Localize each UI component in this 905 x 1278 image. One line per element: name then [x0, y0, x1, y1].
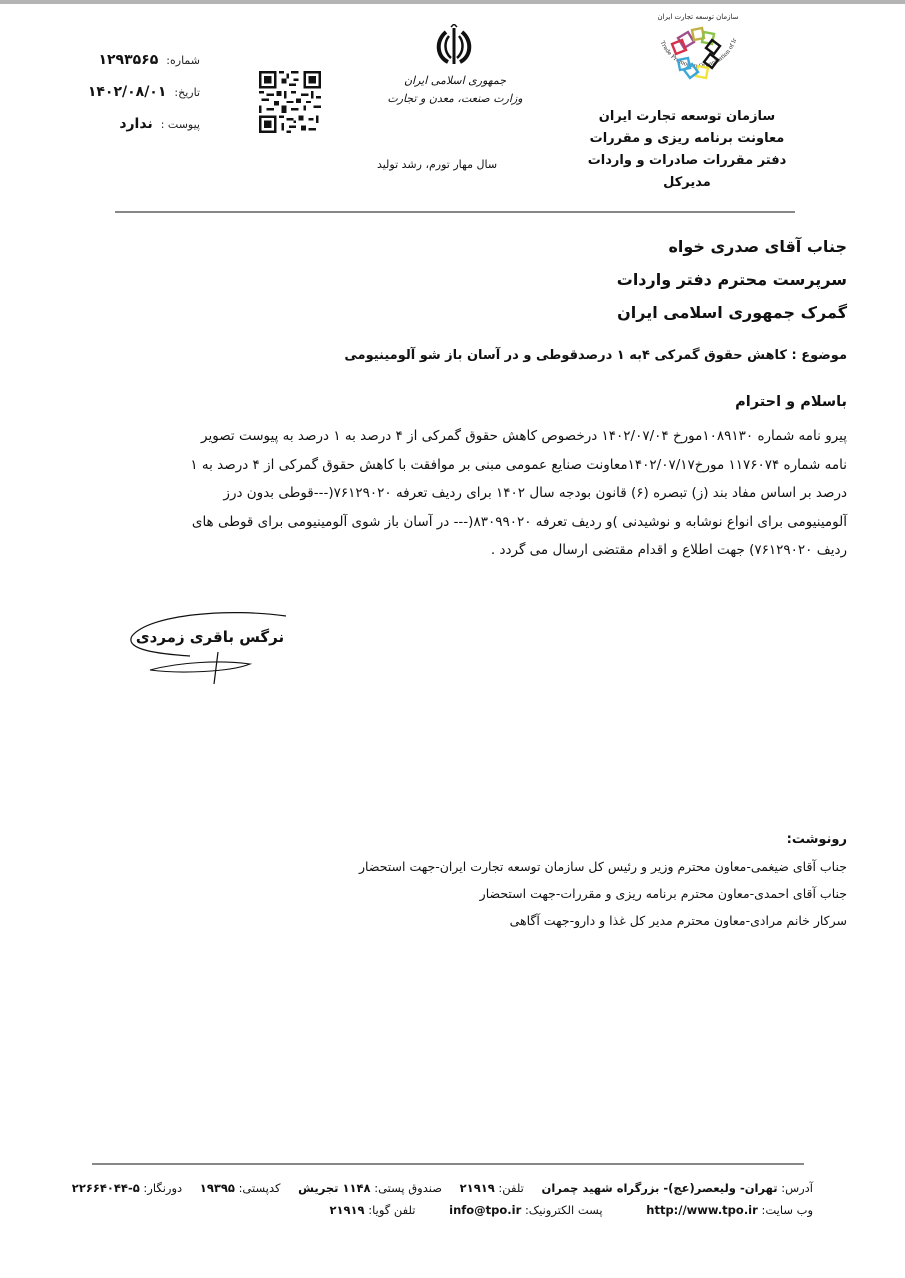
- letter-date-label: تاریخ:: [174, 86, 200, 99]
- fax-label: دورنگار:: [143, 1181, 182, 1195]
- emblem-line-2: وزارت صنعت، معدن و تجارت: [380, 90, 530, 108]
- footer: آدرس: تهران- ولیعصر(عج)- بزرگراه شهید چم…: [73, 1177, 813, 1221]
- letter-date-row: تاریخ: ۱۴۰۲/۰۸/۰۱: [70, 84, 200, 116]
- letter-number-label: شماره:: [166, 54, 200, 67]
- phone-value: ۲۱۹۱۹: [460, 1181, 495, 1195]
- greeting: باسلام و احترام: [547, 394, 847, 410]
- org-line-4: مدیرکل: [587, 172, 787, 194]
- email-link[interactable]: info@tpo.ir: [449, 1203, 521, 1217]
- letter-meta: شماره: ۱۲۹۳۵۶۵ تاریخ: ۱۴۰۲/۰۸/۰۱ پیوست :…: [70, 52, 200, 148]
- email-label: پست الکترونیک:: [525, 1203, 603, 1217]
- footer-divider: [92, 1163, 804, 1165]
- body-line-4: آلومینیومی برای انواع نوشابه و نوشیدنی )…: [55, 508, 847, 537]
- cc-line-2: جناب آقای احمدی-معاون محترم برنامه ریزی …: [287, 880, 847, 907]
- recipient-line-1: جناب آقای صدری خواه: [427, 230, 847, 263]
- attachment-row: پیوست : ندارد: [70, 116, 200, 148]
- subject-line: موضوع : کاهش حقوق گمرکی ۴به ۱ درصدقوطی و…: [247, 348, 847, 363]
- top-edge-bar: [0, 0, 905, 4]
- phone-label: تلفن:: [498, 1181, 523, 1195]
- cc-line-3: سرکار خانم مرادی-معاون محترم مدیر کل غذا…: [287, 907, 847, 934]
- organization-header: سازمان توسعه تجارت ایران معاونت برنامه ر…: [587, 106, 787, 194]
- letter-number-value: ۱۲۹۳۵۶۵: [98, 52, 158, 68]
- emblem-caption: جمهوری اسلامی ایران وزارت صنعت، معدن و ت…: [380, 72, 530, 108]
- postal-label: کدپستی:: [239, 1181, 281, 1195]
- signature-scribble-icon: [110, 606, 310, 686]
- recipient-line-3: گمرک جمهوری اسلامی ایران: [427, 296, 847, 329]
- org-line-3: دفتر مقررات صادرات و واردات: [587, 150, 787, 172]
- address-label: آدرس:: [781, 1181, 813, 1195]
- letter-number-row: شماره: ۱۲۹۳۵۶۵: [70, 52, 200, 84]
- pobox-value: ۱۱۴۸ تجریش: [298, 1181, 370, 1195]
- body-line-1: پیرو نامه شماره ۱۰۸۹۱۳۰مورخ ۱۴۰۲/۰۷/۰۴ د…: [55, 422, 847, 451]
- website-link[interactable]: http://www.tpo.ir: [646, 1203, 758, 1217]
- attachment-value: ندارد: [119, 116, 152, 132]
- org-line-1: سازمان توسعه تجارت ایران: [587, 106, 787, 128]
- cc-line-1: جناب آقای ضیغمی-معاون محترم وزیر و رئیس …: [287, 853, 847, 880]
- recipient-line-2: سرپرست محترم دفتر واردات: [427, 263, 847, 296]
- cc-block: رونوشت: جناب آقای ضیغمی-معاون محترم وزیر…: [287, 826, 847, 934]
- header-divider: [115, 211, 795, 213]
- signatory-name: نرگس باقری زمردی: [130, 628, 290, 646]
- postal-value: ۱۹۳۹۵: [200, 1181, 235, 1195]
- address-value: تهران- ولیعصر(عج)- بزرگراه شهید چمران: [542, 1181, 778, 1195]
- svg-text:سازمان توسعه تجارت ایران: سازمان توسعه تجارت ایران: [657, 13, 738, 21]
- qr-code-icon[interactable]: [259, 71, 321, 133]
- iran-emblem-icon: [432, 24, 476, 68]
- footer-row-2: وب سایت: http://www.tpo.ir پست الکترونیک…: [73, 1199, 813, 1221]
- tpo-logo-icon: سازمان توسعه تجارت ایران Trade Promotion…: [648, 10, 748, 102]
- cc-title: رونوشت:: [287, 826, 847, 853]
- letter-date-value: ۱۴۰۲/۰۸/۰۱: [88, 84, 167, 100]
- body-line-2: نامه شماره ۱۱۷۶۰۷۴ مورخ۱۴۰۲/۰۷/۱۷معاونت …: [55, 451, 847, 480]
- org-line-2: معاونت برنامه ریزی و مقررات: [587, 128, 787, 150]
- ivr-label: تلفن گویا:: [368, 1203, 415, 1217]
- attachment-label: پیوست :: [161, 118, 200, 131]
- body-line-3: درصد بر اساس مفاد بند (ز) تبصره (۶) قانو…: [55, 479, 847, 508]
- year-slogan: سال مهار تورم، رشد تولید: [362, 158, 512, 171]
- pobox-label: صندوق پستی:: [374, 1181, 442, 1195]
- letter-body: پیرو نامه شماره ۱۰۸۹۱۳۰مورخ ۱۴۰۲/۰۷/۰۴ د…: [55, 422, 847, 565]
- website-label: وب سایت:: [761, 1203, 813, 1217]
- ivr-value: ۲۱۹۱۹: [329, 1203, 364, 1217]
- footer-row-1: آدرس: تهران- ولیعصر(عج)- بزرگراه شهید چم…: [73, 1177, 813, 1199]
- body-line-5: ردیف ۷۶۱۲۹۰۲۰) جهت اطلاع و اقدام مقتضی ا…: [55, 536, 847, 565]
- emblem-line-1: جمهوری اسلامی ایران: [380, 72, 530, 90]
- fax-value: ۵-۲۲۶۶۴۰۴۴: [72, 1181, 140, 1195]
- recipient-block: جناب آقای صدری خواه سرپرست محترم دفتر وا…: [427, 230, 847, 329]
